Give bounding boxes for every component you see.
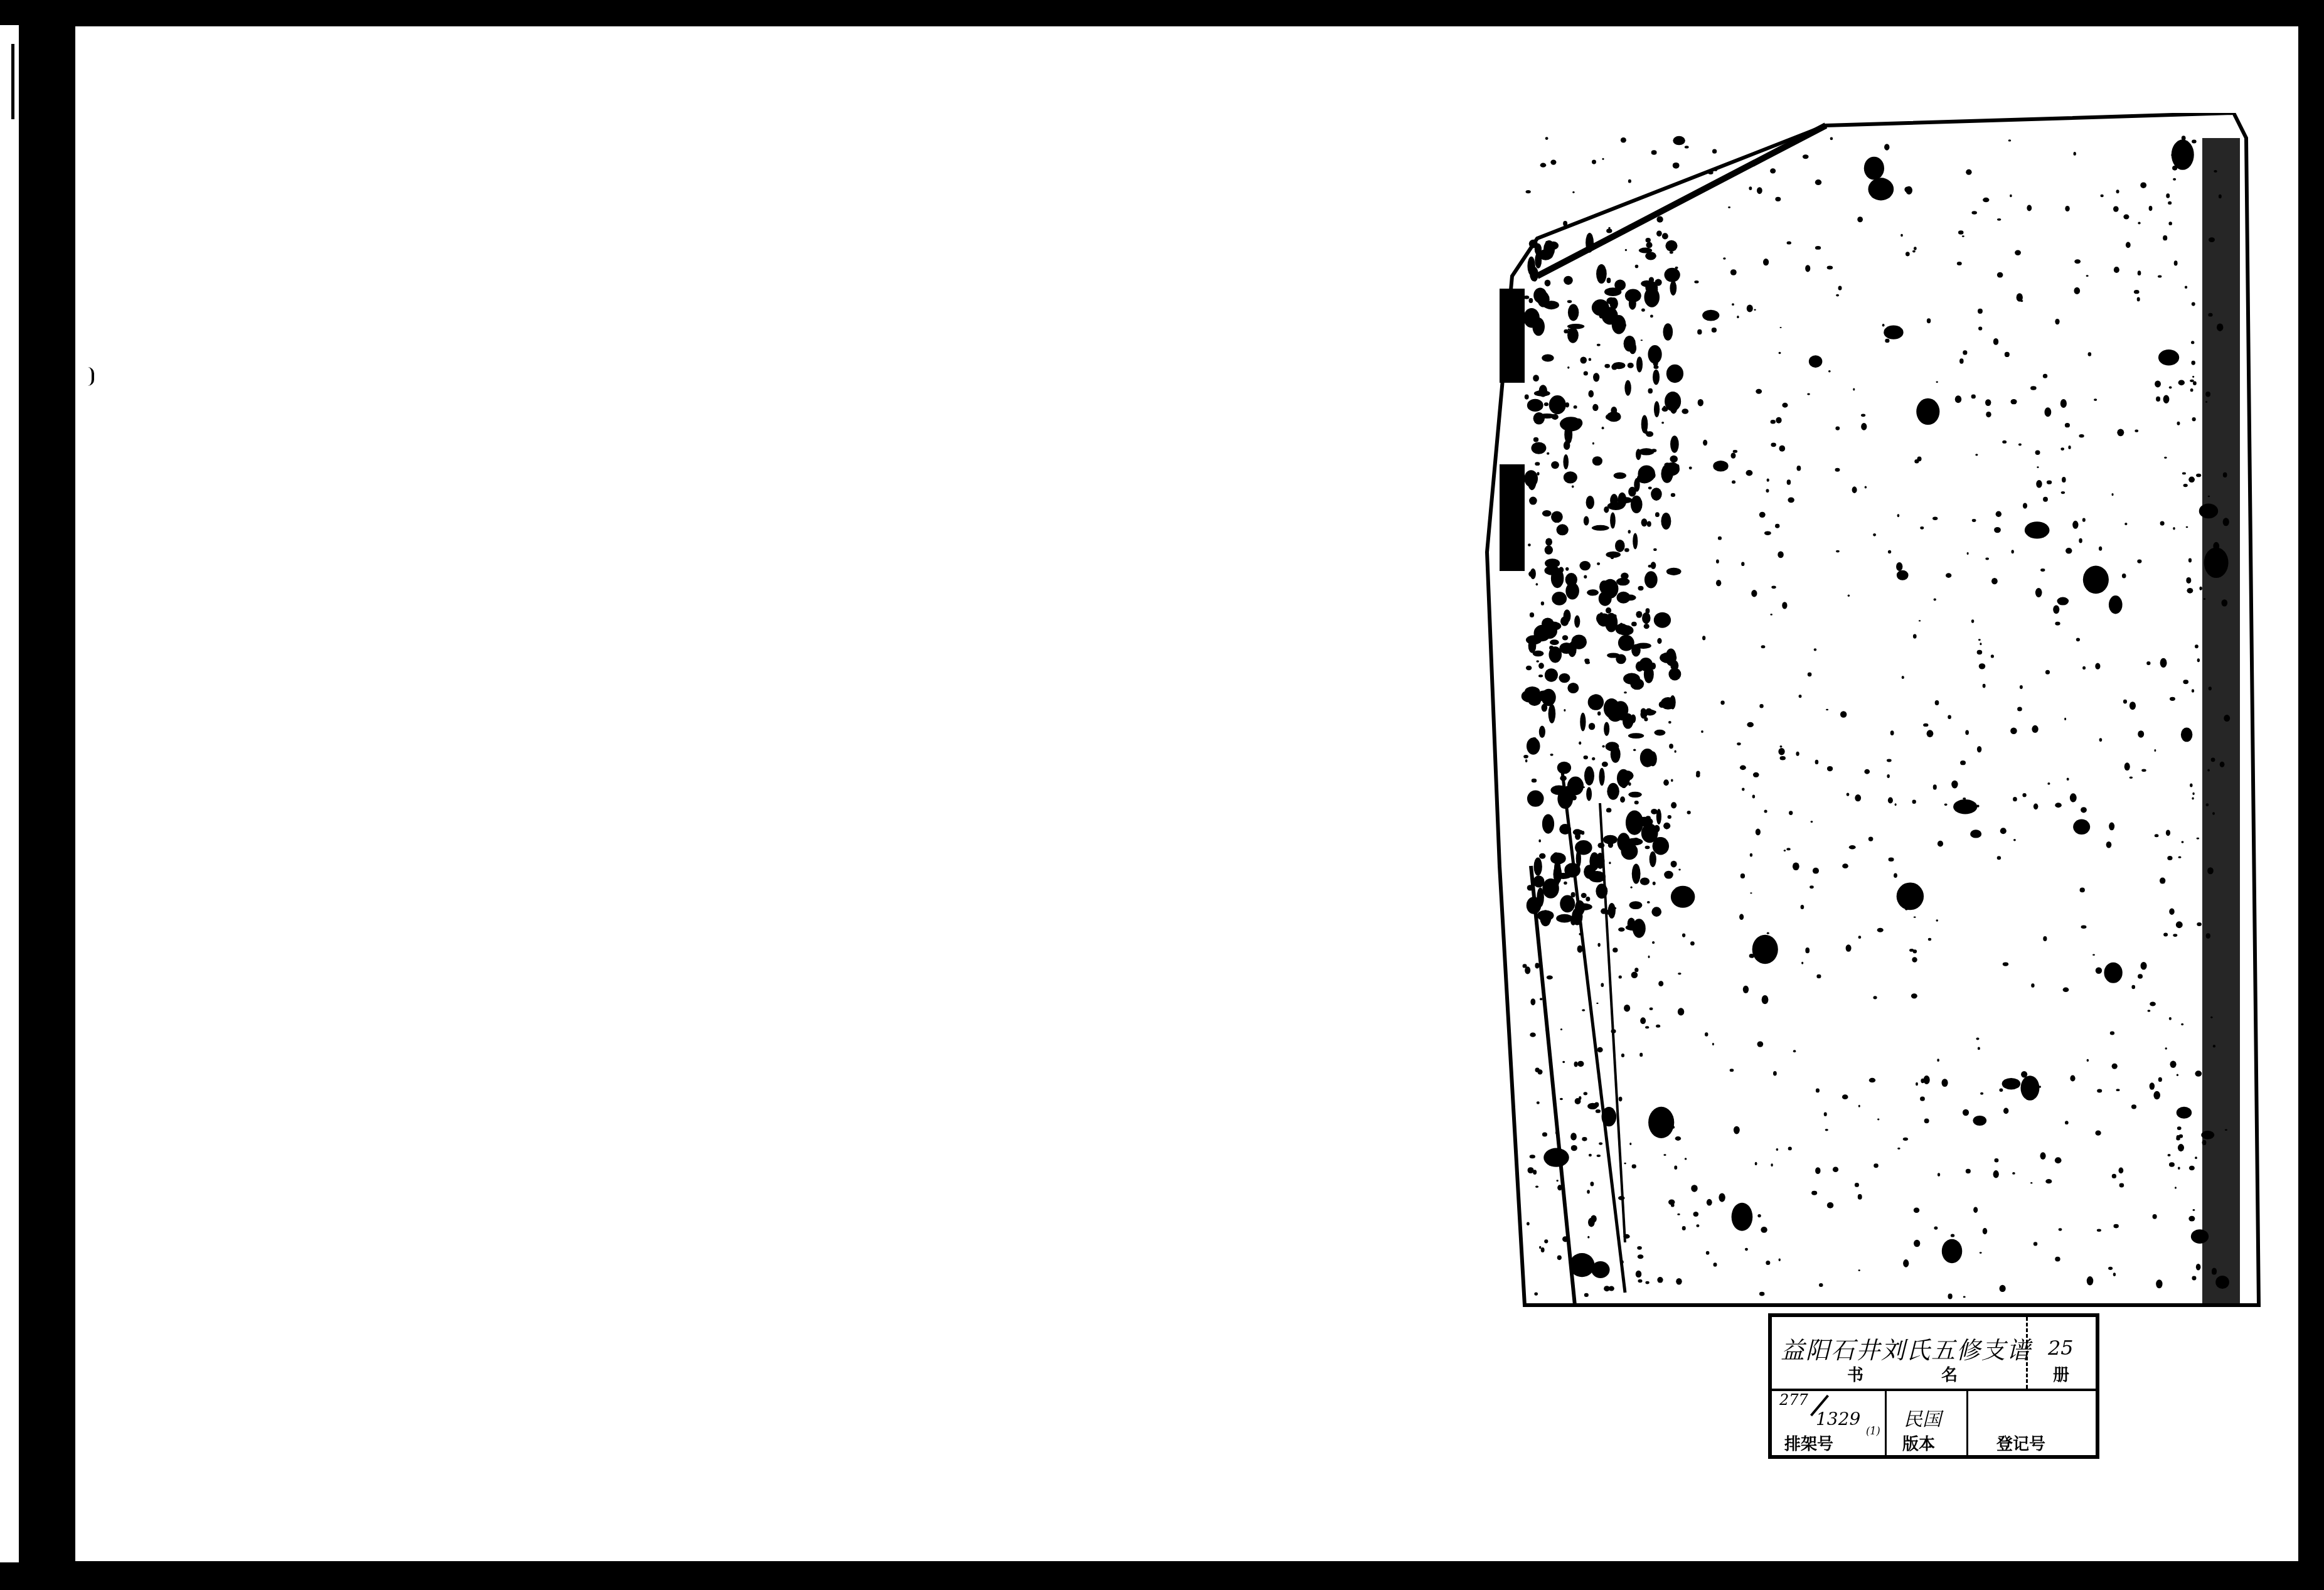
book-title: 益阳石井刘氏五修支谱: [1781, 1331, 2032, 1365]
title-label-part1: 书: [1847, 1362, 1863, 1385]
volumes-cell: 25 册: [2026, 1317, 2097, 1389]
shelf-number-label: 排架号: [1784, 1431, 1833, 1454]
scan-artifact-line: [11, 44, 14, 119]
volume-count: 25: [2048, 1336, 2074, 1360]
edition-value: 民国: [1904, 1404, 1941, 1431]
scan-left-margin: [0, 25, 19, 1562]
book-cover: [1462, 113, 2290, 1318]
volumes-label: 册: [2053, 1362, 2069, 1385]
edition-label: 版本: [1902, 1431, 1935, 1454]
shelf-number-top: 277: [1779, 1391, 1808, 1409]
registration-label: 登记号: [1996, 1431, 2045, 1454]
shelf-number-suffix: (1): [1866, 1425, 1880, 1437]
catalog-card-detail-row: 277 1329 (1) 排架号 民国 版本 登记号: [1772, 1391, 2096, 1456]
shelf-number-cell: 277 1329 (1) 排架号: [1772, 1391, 1887, 1456]
shelf-number-bottom: 1329: [1816, 1409, 1860, 1429]
catalog-card-title-row: 益阳石井刘氏五修支谱 书 名 25 册: [1772, 1317, 2096, 1391]
catalog-card: 益阳石井刘氏五修支谱 书 名 25 册 277 1329 (1) 排架号 民国 …: [1768, 1313, 2099, 1459]
title-cell: 益阳石井刘氏五修支谱 书 名: [1772, 1317, 2026, 1389]
registration-cell: 登记号: [1966, 1391, 2096, 1456]
edition-cell: 民国 版本: [1885, 1391, 1968, 1456]
title-label-part2: 名: [1941, 1362, 1958, 1385]
book-cover-texture: [1462, 113, 2290, 1318]
